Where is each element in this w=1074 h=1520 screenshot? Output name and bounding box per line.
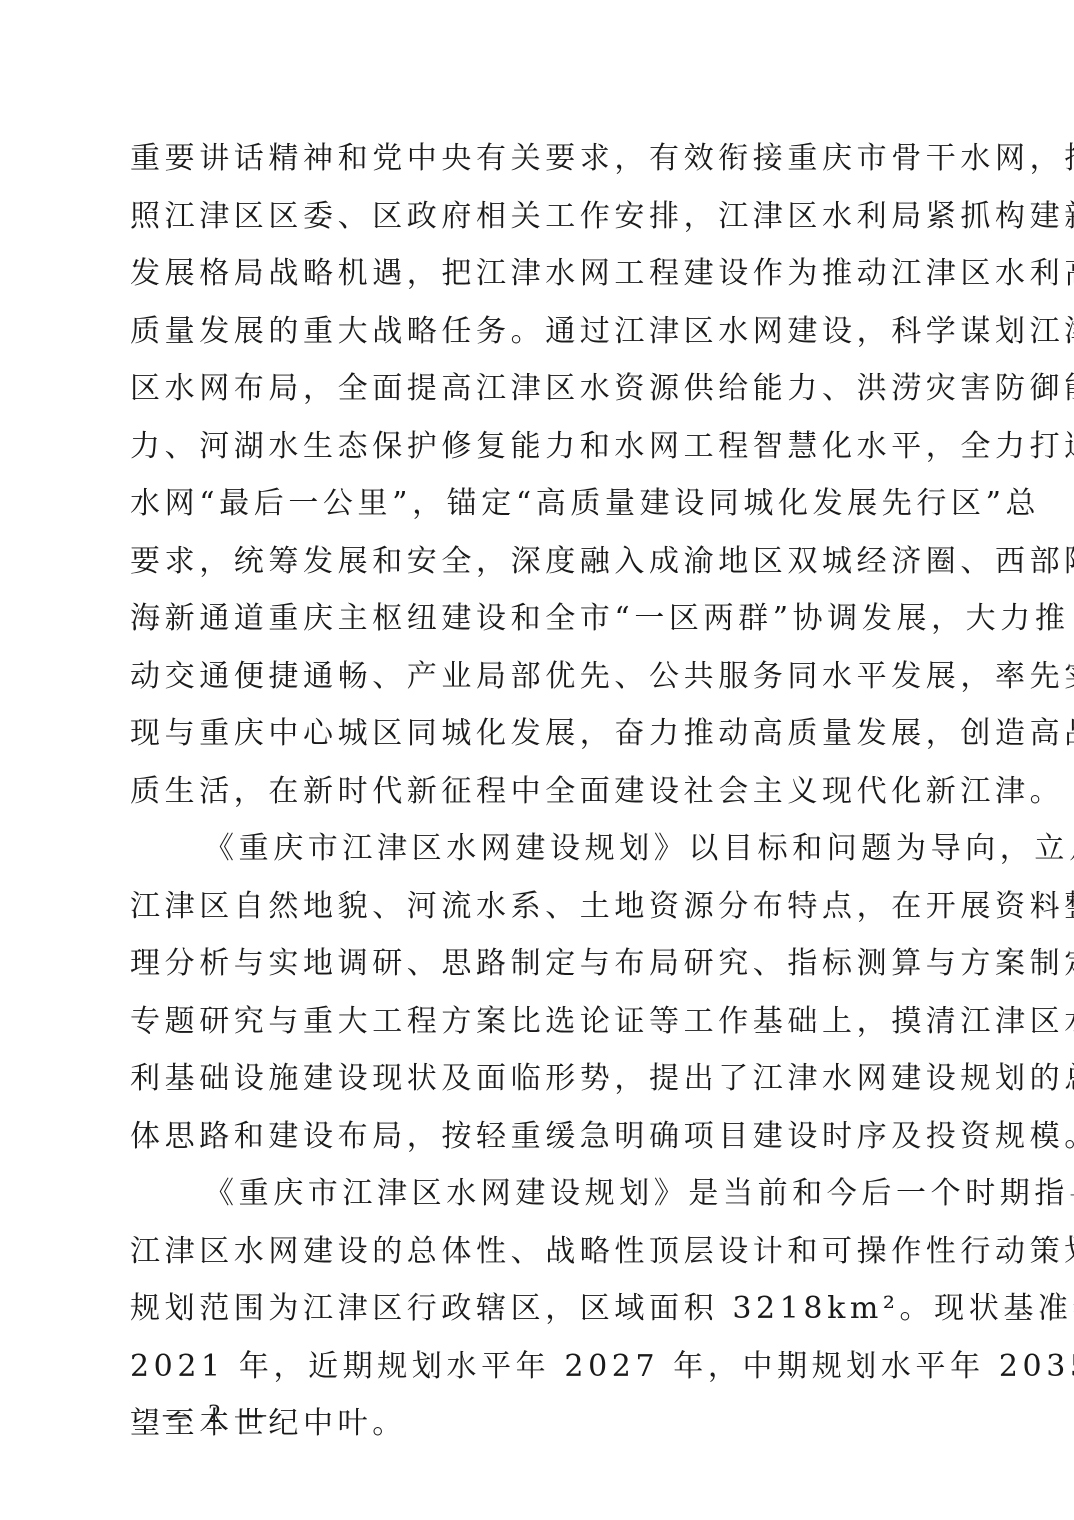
text-line: 现与重庆中心城区同城化发展，奋力推动高质量发展，创造高品: [130, 705, 950, 763]
text-line: 利基础设施建设现状及面临形势，提出了江津水网建设规划的总: [130, 1050, 950, 1108]
text-line: 江津区水网建设的总体性、战略性顶层设计和可操作性行动策划。: [130, 1223, 950, 1281]
page-number: — 2 —: [163, 1396, 268, 1432]
text-line: 海新通道重庆主枢纽建设和全市“一区两群”协调发展，大力推: [130, 590, 950, 648]
text-line: 照江津区区委、区政府相关工作安排，江津区水利局紧抓构建新: [130, 188, 950, 246]
text-line: 发展格局战略机遇，把江津水网工程建设作为推动江津区水利高: [130, 245, 950, 303]
text-line: 质量发展的重大战略任务。通过江津区水网建设，科学谋划江津: [130, 303, 950, 361]
text-line: 要求，统筹发展和安全，深度融入成渝地区双城经济圈、西部陆: [130, 533, 950, 591]
text-line: 力、河湖水生态保护修复能力和水网工程智慧化水平，全力打通: [130, 418, 950, 476]
text-line: 专题研究与重大工程方案比选论证等工作基础上，摸清江津区水: [130, 993, 950, 1051]
text-line: 水网“最后一公里”，锚定“高质量建设同城化发展先行区”总: [130, 475, 950, 533]
text-line: 《重庆市江津区水网建设规划》是当前和今后一个时期指导: [130, 1165, 950, 1223]
paragraph-1: 重要讲话精神和党中央有关要求，有效衔接重庆市骨干水网，按 照江津区区委、区政府相…: [130, 130, 950, 820]
text-line: 《重庆市江津区水网建设规划》以目标和问题为导向，立足: [130, 820, 950, 878]
text-line: 理分析与实地调研、思路制定与布局研究、指标测算与方案制定、: [130, 935, 950, 993]
text-line: 重要讲话精神和党中央有关要求，有效衔接重庆市骨干水网，按: [130, 130, 950, 188]
paragraph-2: 《重庆市江津区水网建设规划》以目标和问题为导向，立足 江津区自然地貌、河流水系、…: [130, 820, 950, 1165]
text-line: 江津区自然地貌、河流水系、土地资源分布特点，在开展资料整: [130, 878, 950, 936]
body-text: 重要讲话精神和党中央有关要求，有效衔接重庆市骨干水网，按 照江津区区委、区政府相…: [130, 130, 950, 1453]
text-line: 质生活，在新时代新征程中全面建设社会主义现代化新江津。: [130, 763, 950, 821]
text-line: 动交通便捷通畅、产业局部优先、公共服务同水平发展，率先实: [130, 648, 950, 706]
document-page: 重要讲话精神和党中央有关要求，有效衔接重庆市骨干水网，按 照江津区区委、区政府相…: [0, 0, 1074, 1520]
text-line: 体思路和建设布局，按轻重缓急明确项目建设时序及投资规模。: [130, 1108, 950, 1166]
text-line: 区水网布局，全面提高江津区水资源供给能力、洪涝灾害防御能: [130, 360, 950, 418]
text-line: 规划范围为江津区行政辖区，区域面积 3218km²。现状基准年为: [130, 1280, 950, 1338]
text-line: 2021 年，近期规划水平年 2027 年，中期规划水平年 2035 年，展: [130, 1338, 950, 1396]
